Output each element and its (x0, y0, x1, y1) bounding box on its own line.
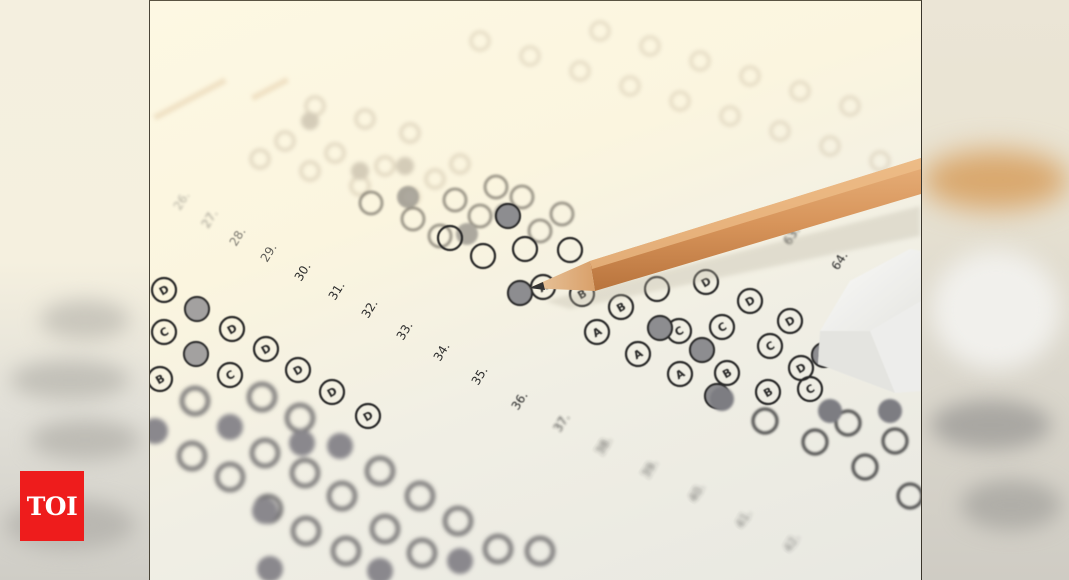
svg-text:31.: 31. (326, 279, 348, 303)
svg-text:27.: 27. (199, 207, 221, 231)
svg-text:C: C (804, 382, 817, 397)
svg-text:35.: 35. (469, 364, 491, 388)
svg-text:D: D (743, 294, 757, 310)
toi-logo-text: TOI (27, 492, 78, 521)
toi-logo-badge: TOI (20, 471, 84, 541)
svg-text:A: A (590, 324, 604, 340)
svg-text:33.: 33. (394, 319, 416, 343)
svg-text:D: D (225, 322, 239, 338)
svg-text:D: D (259, 342, 273, 358)
svg-text:B: B (153, 372, 167, 387)
blurred-background-right (921, 0, 1069, 580)
svg-text:B: B (614, 300, 628, 315)
eraser (818, 249, 921, 393)
svg-text:41.: 41. (733, 507, 755, 531)
svg-text:38.: 38. (593, 434, 615, 458)
svg-text:D: D (157, 283, 171, 299)
svg-text:29.: 29. (258, 241, 280, 265)
omr-sheet-illustration: A B A A B C C D D D A B C B C D (150, 1, 921, 580)
svg-text:A: A (673, 366, 687, 382)
svg-text:A: A (631, 346, 645, 362)
svg-text:37.: 37. (551, 411, 573, 435)
svg-text:32.: 32. (359, 297, 381, 321)
svg-text:B: B (720, 366, 734, 381)
svg-text:D: D (361, 409, 375, 425)
svg-text:28.: 28. (227, 225, 249, 249)
svg-text:C: C (764, 339, 777, 354)
answer-sheet-photo: A B A A B C C D D D A B C B C D (149, 0, 922, 580)
svg-text:36.: 36. (509, 389, 531, 413)
svg-text:C: C (224, 368, 237, 383)
svg-text:D: D (794, 361, 808, 377)
svg-text:34.: 34. (431, 340, 453, 364)
svg-text:42.: 42. (781, 531, 803, 555)
svg-text:26.: 26. (171, 189, 193, 213)
svg-text:C: C (673, 324, 686, 339)
svg-text:40.: 40. (686, 481, 708, 505)
svg-text:C: C (716, 320, 729, 335)
svg-text:B: B (761, 385, 775, 400)
svg-text:D: D (783, 314, 797, 330)
svg-text:C: C (158, 325, 171, 340)
svg-text:30.: 30. (292, 260, 314, 284)
svg-text:D: D (325, 385, 339, 401)
svg-text:39.: 39. (639, 457, 661, 481)
svg-text:D: D (291, 363, 305, 379)
